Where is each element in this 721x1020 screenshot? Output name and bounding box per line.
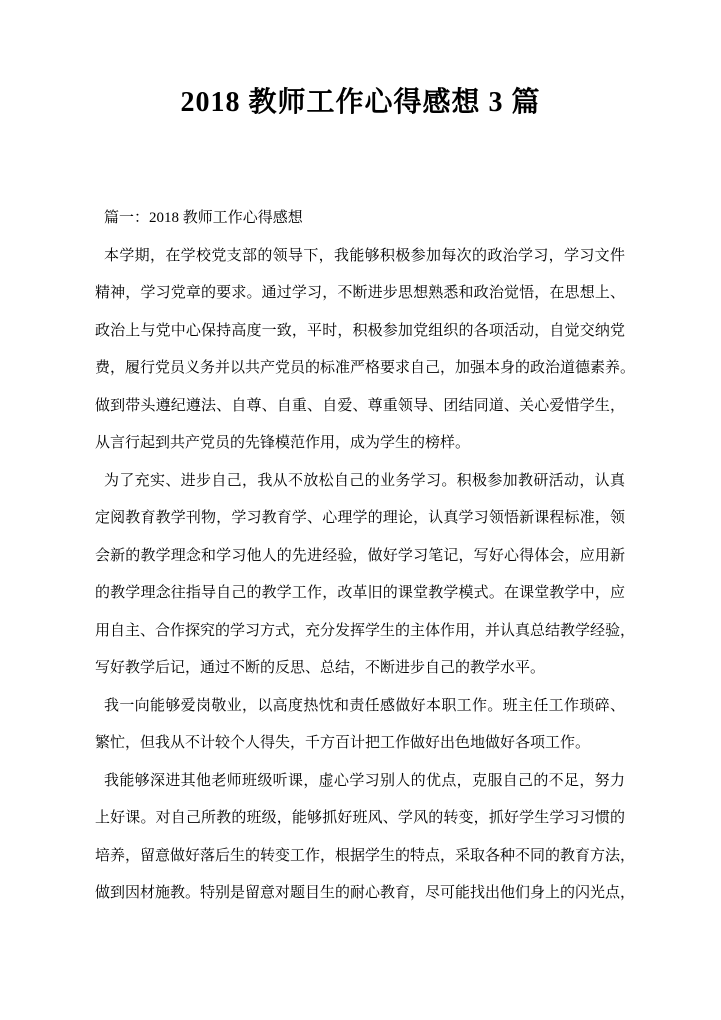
- text-line: 上好课。对自己所教的班级，能够抓好班风、学风的转变，抓好学生学习习惯的: [95, 800, 625, 838]
- paragraph: 我能够深进其他老师班级听课，虚心学习别人的优点，克服自己的不足，努力 上好课。对…: [95, 763, 625, 913]
- text-line: 精神，学习党章的要求。通过学习，不断进步思想熟悉和政治觉悟，在思想上、: [95, 275, 625, 313]
- text-line: 我能够深进其他老师班级听课，虚心学习别人的优点，克服自己的不足，努力: [95, 763, 625, 801]
- text-line: 本学期，在学校党支部的领导下，我能够积极参加每次的政治学习，学习文件: [95, 238, 625, 276]
- document-page: 2018 教师工作心得感想 3 篇 篇一：2018 教师工作心得感想 本学期，在…: [0, 0, 721, 1020]
- text-line: 我一向能够爱岗敬业，以高度热忱和责任感做好本职工作。班主任工作琐碎、: [95, 688, 625, 726]
- document-title: 2018 教师工作心得感想 3 篇: [0, 83, 721, 123]
- text-line: 政治上与党中心保持高度一致，平时，积极参加党组织的各项活动，自觉交纳党: [95, 313, 625, 351]
- text-line: 培养，留意做好落后生的转变工作，根据学生的特点，采取各种不同的教育方法，: [95, 838, 625, 876]
- text-line: 用自主、合作探究的学习方式，充分发挥学生的主体作用，并认真总结教学经验，: [95, 613, 625, 651]
- document-body: 篇一：2018 教师工作心得感想 本学期，在学校党支部的领导下，我能够积极参加每…: [95, 200, 625, 913]
- paragraph: 为了充实、进步自己，我从不放松自己的业务学习。积极参加教研活动，认真 定阅教育教…: [95, 463, 625, 688]
- paragraph: 本学期，在学校党支部的领导下，我能够积极参加每次的政治学习，学习文件 精神，学习…: [95, 238, 625, 463]
- text-line: 做到因材施教。特别是留意对题目生的耐心教育，尽可能找出他们身上的闪光点，: [95, 875, 625, 913]
- text-line: 写好教学后记，通过不断的反思、总结，不断进步自己的教学水平。: [95, 650, 625, 688]
- paragraph: 篇一：2018 教师工作心得感想: [95, 200, 625, 238]
- text-line: 的教学理念往指导自己的教学工作，改革旧的课堂教学模式。在课堂教学中，应: [95, 575, 625, 613]
- text-line: 做到带头遵纪遵法、自尊、自重、自爱、尊重领导、团结同道、关心爱惜学生，: [95, 388, 625, 426]
- text-line: 繁忙，但我从不计较个人得失，千方百计把工作做好出色地做好各项工作。: [95, 725, 625, 763]
- text-line: 篇一：2018 教师工作心得感想: [95, 200, 625, 238]
- text-line: 从言行起到共产党员的先锋模范作用，成为学生的榜样。: [95, 425, 625, 463]
- text-line: 会新的教学理念和学习他人的先进经验，做好学习笔记，写好心得体会，应用新: [95, 538, 625, 576]
- paragraph: 我一向能够爱岗敬业，以高度热忱和责任感做好本职工作。班主任工作琐碎、 繁忙，但我…: [95, 688, 625, 763]
- text-line: 为了充实、进步自己，我从不放松自己的业务学习。积极参加教研活动，认真: [95, 463, 625, 501]
- text-line: 费，履行党员义务并以共产党员的标准严格要求自己，加强本身的政治道德素养。: [95, 350, 625, 388]
- text-line: 定阅教育教学刊物，学习教育学、心理学的理论，认真学习领悟新课程标准，领: [95, 500, 625, 538]
